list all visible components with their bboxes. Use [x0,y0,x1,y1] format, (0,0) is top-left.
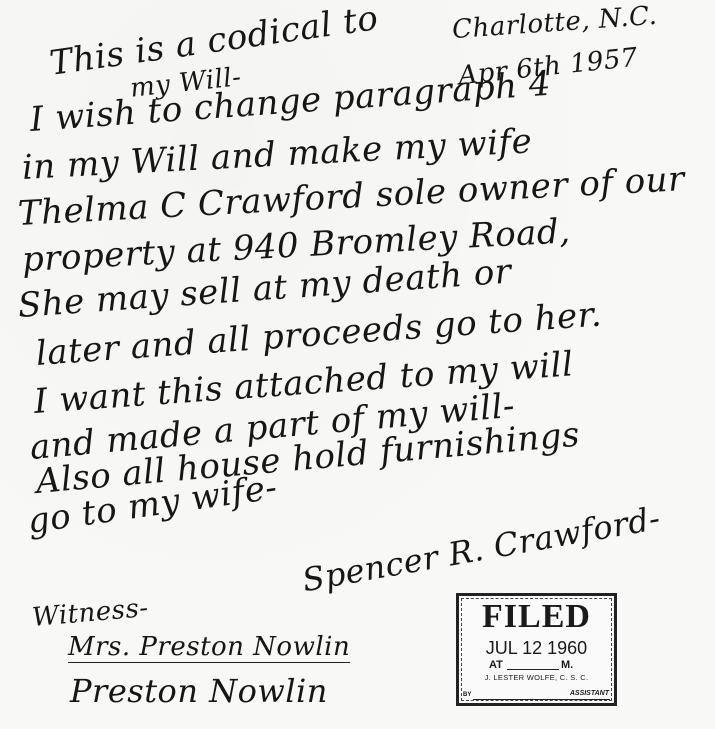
stamp-date: JUL 12 1960 [459,638,614,659]
stamp-by-line [473,699,610,700]
stamp-assistant-label: ASSISTANT [570,690,609,697]
stamp-title: FILED [459,598,614,636]
stamp-clerk: J. LESTER WOLFE, C. S. C. [459,673,614,682]
witness-label: Witness- [31,593,150,633]
witness-signature-2: Preston Nowlin [70,672,328,710]
place-text: Charlotte, N.C. [451,1,658,45]
witness-signature-1: Mrs. Preston Nowlin [68,632,350,663]
filed-stamp: FILED JUL 12 1960 AT M. J. LESTER WOLFE,… [456,593,617,706]
stamp-at-label: AT [489,659,503,671]
stamp-at-line [507,669,559,670]
stamp-by-label: BY [463,692,471,698]
stamp-m-label: M. [561,659,573,671]
testator-signature: Spencer R. Crawford- [299,499,663,599]
document-page: Charlotte, N.C. Apr 6th 1957 This is a c… [0,0,715,729]
